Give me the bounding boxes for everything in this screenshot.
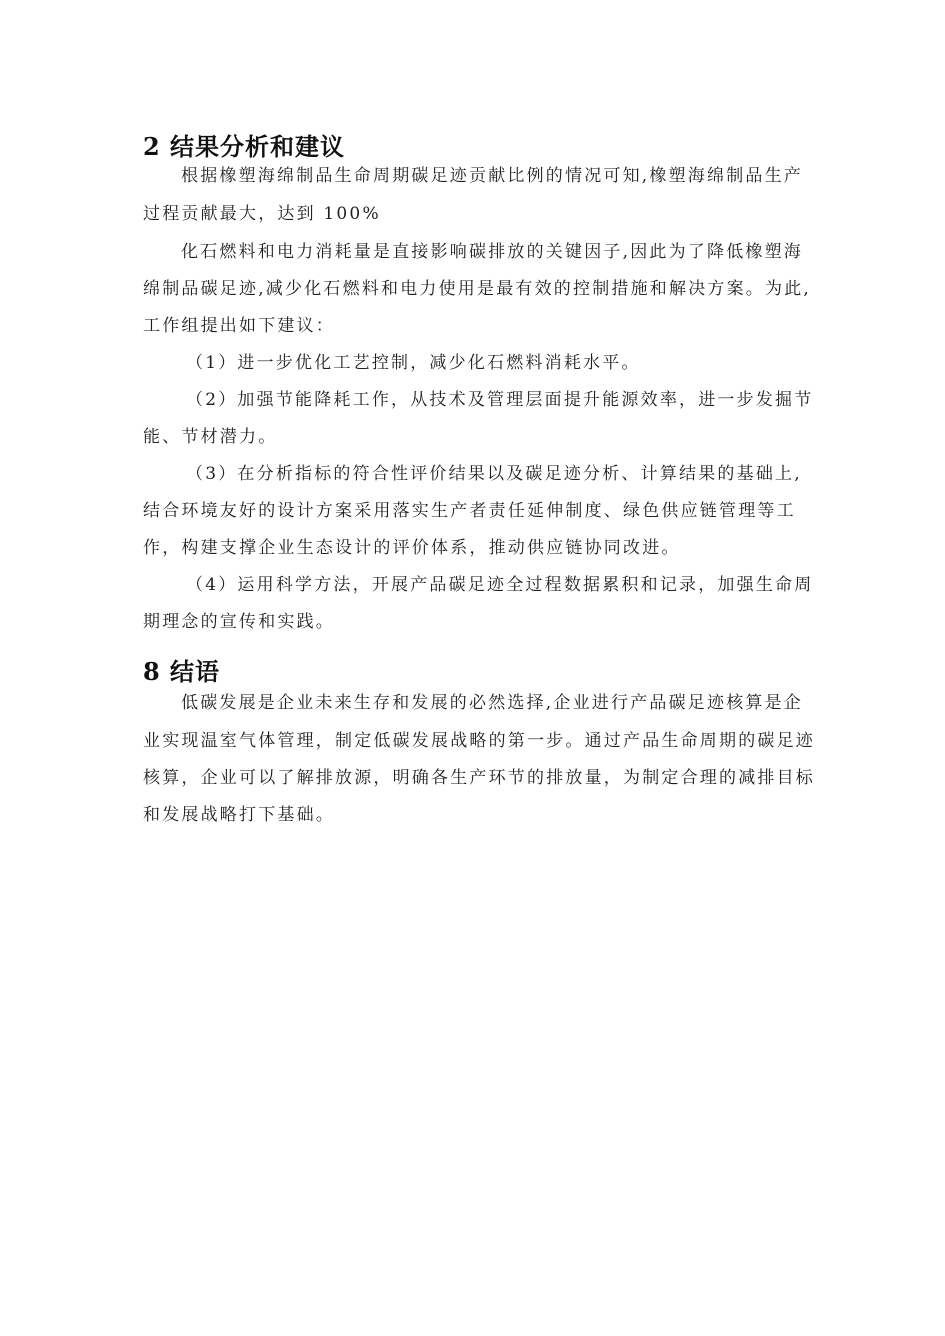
paragraph-line: 低碳发展是企业未来生存和发展的必然选择,企业进行产品碳足迹核算是企	[181, 688, 803, 713]
list-item-3: （3）在分析指标的符合性评价结果以及碳足迹分析、计算结果的基础上,	[186, 459, 846, 484]
list-item-4: （4）运用科学方法，开展产品碳足迹全过程数据累积和记录，加强生命周	[186, 570, 846, 595]
list-item-2-cont: 能、节材潜力。	[143, 422, 803, 447]
list-item-3-cont: 作，构建支撑企业生态设计的评价体系，推动供应链协同改进。	[143, 533, 803, 558]
document-page: 2 结果分析和建议 根据橡塑海绵制品生命周期碳足迹贡献比例的情况可知,橡塑海绵制…	[0, 0, 945, 1336]
paragraph-line: 业实现温室气体管理，制定低碳发展战略的第一步。通过产品生命周期的碳足迹	[143, 726, 803, 751]
paragraph-line: 绵制品碳足迹,减少化石燃料和电力使用是最有效的控制措施和解决方案。为此,	[143, 274, 803, 299]
list-item-1: （1）进一步优化工艺控制，减少化石燃料消耗水平。	[186, 348, 846, 373]
list-item-4-cont: 期理念的宣传和实践。	[143, 607, 803, 632]
paragraph-line: 根据橡塑海绵制品生命周期碳足迹贡献比例的情况可知,橡塑海绵制品生产	[181, 161, 803, 186]
section-heading-conclusion: 8 结语	[143, 652, 220, 687]
paragraph-line: 和发展战略打下基础。	[143, 800, 803, 825]
paragraph-line: 核算，企业可以了解排放源，明确各生产环节的排放量，为制定合理的减排目标	[143, 763, 803, 788]
paragraph-line: 过程贡献最大，达到 100%	[143, 199, 803, 224]
paragraph-line: 化石燃料和电力消耗量是直接影响碳排放的关键因子,因此为了降低橡塑海	[181, 237, 803, 262]
paragraph-line: 工作组提出如下建议：	[143, 311, 803, 336]
list-item-3-cont: 结合环境友好的设计方案采用落实生产者责任延伸制度、绿色供应链管理等工	[143, 496, 803, 521]
list-item-2: （2）加强节能降耗工作，从技术及管理层面提升能源效率，进一步发掘节	[186, 385, 846, 410]
section-heading-results: 2 结果分析和建议	[143, 127, 345, 162]
